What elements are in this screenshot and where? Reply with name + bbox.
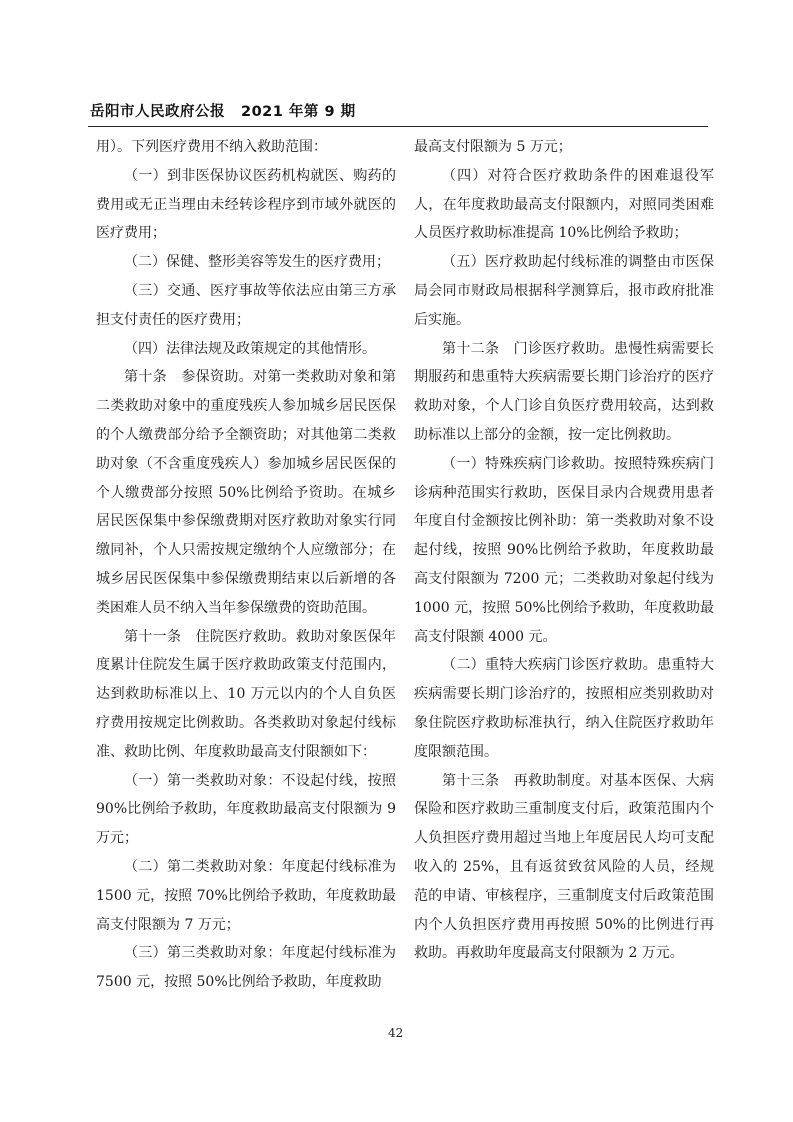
article-12: 第十二条 门诊医疗救助。患慢性病需要长期服药和患重特大疾病需要长期门诊治疗的医疗… <box>414 335 714 450</box>
article-11: 第十一条 住院医疗救助。救助对象医保年度累计住院发生属于医疗救助政策支付范围内，… <box>96 623 396 767</box>
paragraph: （一）第一类救助对象：不设起付线，按照 90%比例给予救助，年度救助最高支付限额… <box>96 767 396 853</box>
header-title: 岳阳市人民政府公报2021 年第 9 期 <box>90 100 356 121</box>
left-column: 用）。下列医疗费用不纳入救助范围： （一）到非医保协议医药机构就医、购药的费用或… <box>96 133 396 997</box>
paragraph: （四）对符合医疗救助条件的困难退役军人，在年度救助最高支付限额内，对照同类困难人… <box>414 162 714 248</box>
paragraph: （二）保健、整形美容等发生的医疗费用； <box>96 248 396 277</box>
paragraph: （一）特殊疾病门诊救助。按照特殊疾病门诊病种范围实行救助，医保目录内合规费用患者… <box>414 450 714 652</box>
paragraph: 用）。下列医疗费用不纳入救助范围： <box>96 133 396 162</box>
paragraph: （三）第三类救助对象：年度起付线标准为 7500 元，按照 50%比例给予救助，… <box>96 939 396 997</box>
article-13: 第十三条 再救助制度。对基本医保、大病保险和医疗救助三重制度支付后，政策范围内个… <box>414 767 714 969</box>
issue-number: 2021 年第 9 期 <box>241 104 356 120</box>
paragraph: （二）第二类救助对象：年度起付线标准为 1500 元，按照 70%比例给予救助，… <box>96 853 396 939</box>
paragraph: （一）到非医保协议医药机构就医、购药的费用或无正当理由未经转诊程序到市域外就医的… <box>96 162 396 248</box>
publication-name: 岳阳市人民政府公报 <box>90 104 225 120</box>
paragraph: （三）交通、医疗事故等依法应由第三方承担支付责任的医疗费用； <box>96 277 396 335</box>
article-10: 第十条 参保资助。对第一类救助对象和第二类救助对象中的重度残疾人参加城乡居民医保… <box>96 363 396 622</box>
paragraph: （四）法律法规及政策规定的其他情形。 <box>96 335 396 364</box>
paragraph: （五）医疗救助起付线标准的调整由市医保局会同市财政局根据科学测算后，报市政府批准… <box>414 248 714 334</box>
paragraph: 最高支付限额为 5 万元； <box>414 133 714 162</box>
right-column: 最高支付限额为 5 万元； （四）对符合医疗救助条件的困难退役军人，在年度救助最… <box>414 133 714 968</box>
page-number: 42 <box>388 1026 403 1040</box>
header-rule <box>88 126 708 127</box>
running-header: 岳阳市人民政府公报2021 年第 9 期 <box>88 98 708 128</box>
paragraph: （二）重特大疾病门诊医疗救助。患重特大疾病需要长期门诊治疗的，按照相应类别救助对… <box>414 651 714 766</box>
